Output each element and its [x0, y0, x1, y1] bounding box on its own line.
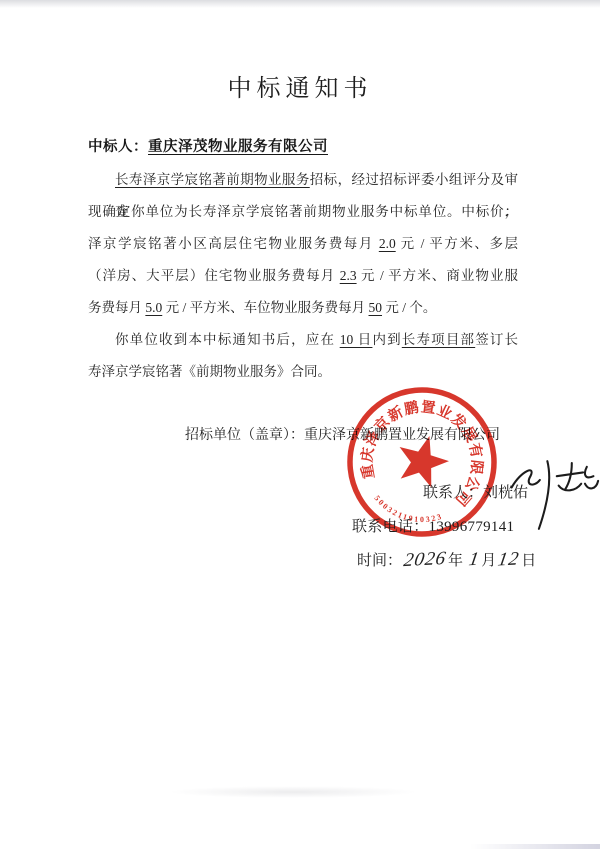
body-text-line: 务费每月 5.0 元 / 平方米、车位物业服务费每月 50 元 / 个。 [88, 292, 518, 324]
text-segment: 元 / 平方米、商业物业服 [357, 268, 518, 283]
date-year-handwritten: 2026 [400, 548, 450, 572]
text-segment: 你单位收到本中标通知书后，应在 [115, 332, 340, 347]
text-segment: （洋房、大平层）住宅物业服务费每月 [88, 268, 340, 283]
text-segment: 元 / 个。 [382, 300, 436, 315]
text-segment: 寿泽京学宸铭著《前期物业服务》合同。 [88, 364, 331, 379]
day-char: 日 [521, 553, 536, 569]
body-text-line: 长寿泽京学宸铭著前期物业服务招标，经过招标评委小组评分及审查， [88, 164, 518, 196]
body-text: 长寿泽京学宸铭著前期物业服务招标，经过招标评委小组评分及审查，现确定你单位为长寿… [88, 164, 518, 388]
year-char: 年 [448, 553, 463, 569]
text-segment: 签订长 [475, 332, 518, 347]
text-segment: 务费每月 [88, 300, 145, 315]
body-text-line: 泽京学宸铭著小区高层住宅物业服务费每月 2.0 元 / 平方米、多层 [88, 228, 518, 260]
body-text-line: 寿泽京学宸铭著《前期物业服务》合同。 [88, 356, 518, 388]
body-text-line: （洋房、大平层）住宅物业服务费每月 2.3 元 / 平方米、商业物业服 [88, 260, 518, 292]
text-segment: 泽京学宸铭著小区高层住宅物业服务费每月 [88, 236, 379, 251]
scan-artifact-top [0, 0, 600, 8]
body-text-line: 你单位收到本中标通知书后，应在 10 日内到长寿项目部签订长 [88, 324, 518, 356]
date-line: 时间：2026年 1月12日 [357, 549, 536, 571]
text-segment: 长寿项目部 [402, 332, 475, 347]
text-segment: 内到 [372, 332, 401, 347]
document-page: 中标通知书 中标人：重庆泽茂物业服务有限公司 长寿泽京学宸铭著前期物业服务招标，… [0, 0, 600, 849]
phone-line: 联系电话：13996779141 [352, 515, 514, 536]
text-segment: 2.0 [379, 236, 396, 251]
text-segment: 5.0 [145, 300, 162, 315]
phone-number: 13996779141 [429, 519, 515, 535]
body-text-line: 现确定你单位为长寿泽京学宸铭著前期物业服务中标单位。中标价： [88, 196, 518, 228]
text-segment: 10 日 [340, 332, 373, 347]
text-segment: 元 / 平方米、车位物业服务费每月 [162, 300, 368, 315]
text-segment: 元 / 平方米、多层 [396, 236, 518, 251]
scan-artifact-smudge [168, 786, 418, 798]
text-segment: 现确定你单位为长寿泽京学宸铭著前期物业服务中标单位。中标价： [88, 204, 518, 219]
bidder-company: 重庆泽茂物业服务有限公司 [148, 139, 328, 155]
text-segment: 50 [369, 300, 383, 315]
tender-unit-label: 招标单位（盖章）： [185, 428, 304, 443]
date-day-handwritten: 12 [494, 548, 523, 571]
scan-artifact-corner [470, 844, 600, 849]
page-title: 中标通知书 [0, 68, 600, 103]
text-segment: 2.3 [340, 268, 357, 283]
bidder-label: 中标人： [88, 139, 148, 155]
bidder-line: 中标人：重庆泽茂物业服务有限公司 [88, 135, 328, 156]
phone-label: 联系电话： [352, 519, 429, 535]
date-label: 时间： [357, 553, 402, 569]
contact-label: 联系人： [423, 485, 483, 501]
text-segment: 长寿泽京学宸铭著前期物业服务 [115, 172, 310, 187]
handwritten-signature [506, 454, 600, 536]
